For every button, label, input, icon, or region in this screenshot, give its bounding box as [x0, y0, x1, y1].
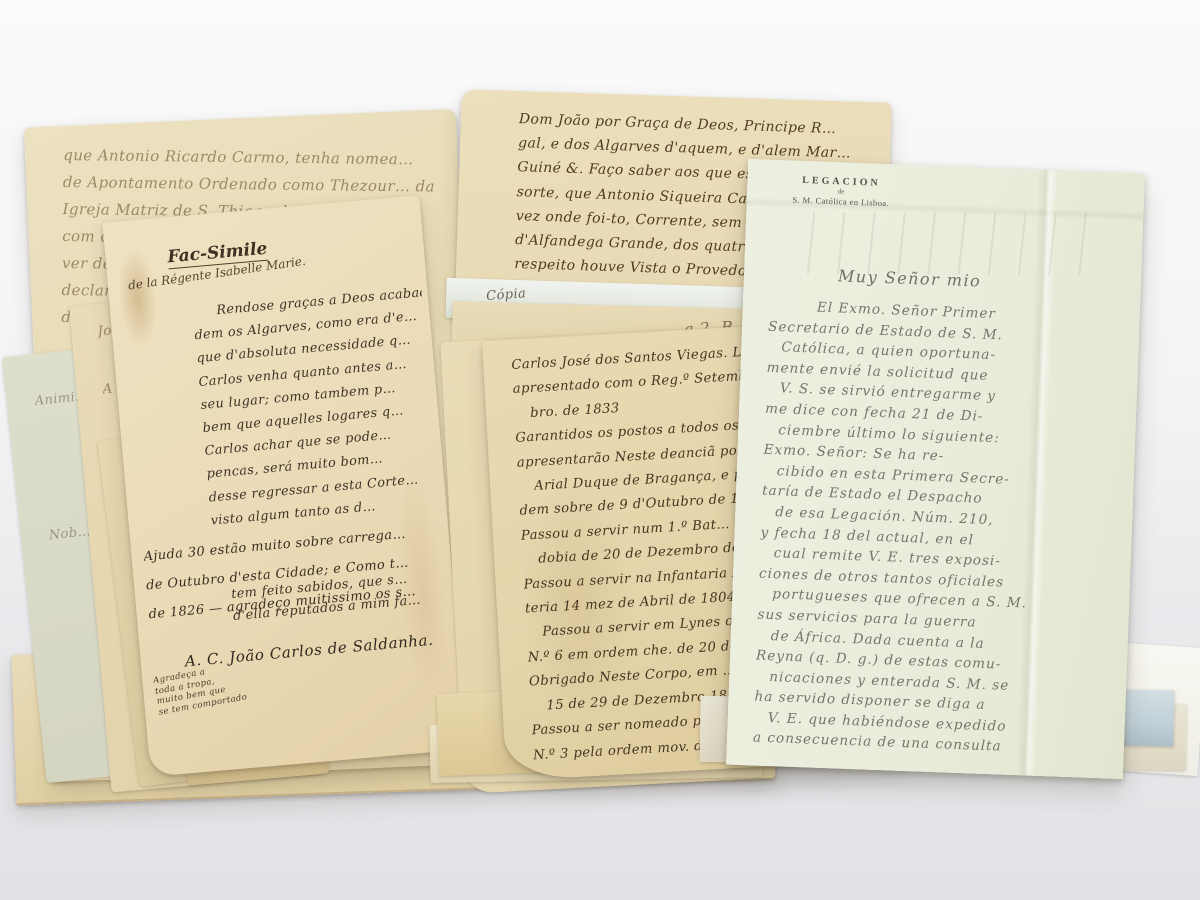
legacion-letterhead: LEGACION de S. M. Católica en Lisboa.	[763, 174, 920, 210]
letter-body: El Exmo. Señor PrimerSecretario de Estad…	[767, 296, 1124, 761]
ink-show-through	[799, 212, 1099, 275]
letter-salutation: Muy Señor mio	[838, 266, 982, 290]
photo-of-antique-documents: que Antonio Ricardo Carmo, tenha nomea…d…	[0, 0, 1200, 900]
fac-simile-margin-note: Agradeça atoda a tropa,muito bem quese t…	[152, 661, 248, 718]
fac-simile-paragraph: Rendose graças a Deos acabad…dem os Alga…	[192, 281, 441, 532]
paper-legacion-letter: LEGACION de S. M. Católica en Lisboa. Mu…	[726, 159, 1145, 779]
paper-fac-simile-letter: Fac-Simile de la Régente Isabelle Marie.…	[102, 195, 467, 777]
